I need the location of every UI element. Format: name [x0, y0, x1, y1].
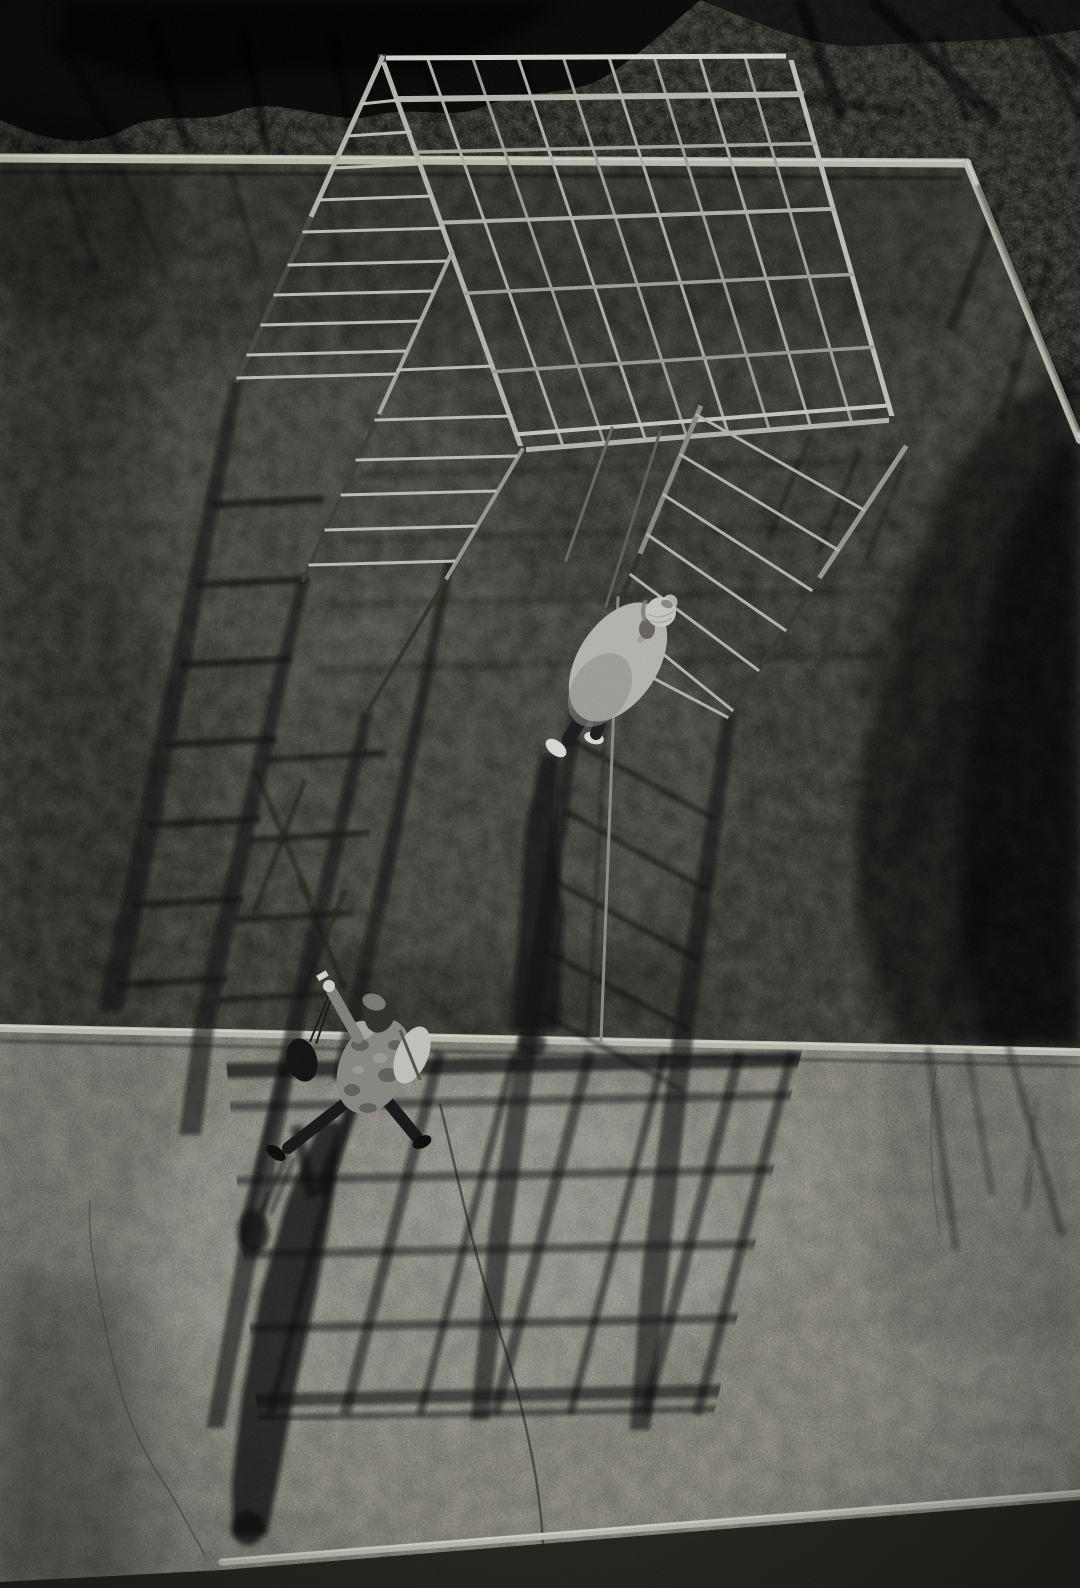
- vignette: [0, 0, 1080, 1588]
- aerial-playground-photo: Black-and-white aerial photograph lookin…: [0, 0, 1080, 1588]
- photo-canvas: [0, 0, 1080, 1588]
